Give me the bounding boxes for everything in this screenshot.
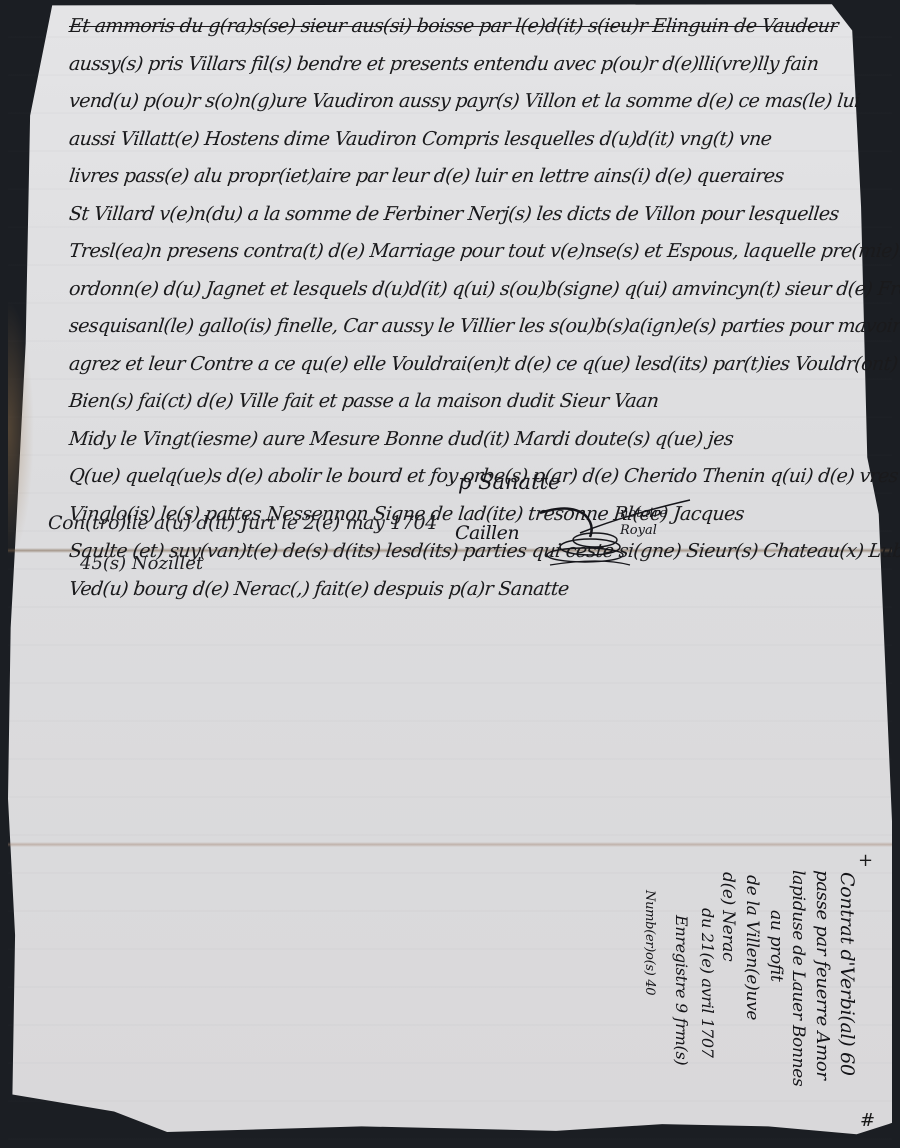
text-line: ordonn(e) d(u) Jagnet et lesquels d(u)d(… [53,271,887,309]
endorsement-docket: + # Contrat d'Verbi(al) 60 passe par feu… [590,850,890,1140]
text-line: aussi Villatt(e) Hostens dime Vaudiron C… [53,121,887,159]
docket-line: Numb(er)o(s) 40 [642,890,657,995]
party-signature: p Sanatte [458,470,560,494]
text-line: St Villard v(e)n(du) a la somme de Ferbi… [53,196,887,234]
notary-title-line: notaire [620,505,667,522]
text-line: agrez et leur Contre a ce qu(e) elle Vou… [53,346,887,384]
notary-title: notaire Royal [620,505,667,539]
docket-line: passe par feuerre Amor [812,870,833,1080]
text-line: Bien(s) fai(ct) d(e) Ville fait et passe… [53,383,887,421]
control-registration-note: Con(tro)lle a(u) d(it) Jurt le 2(e) may … [48,512,437,534]
text-line: Midy le Vingt(iesme) aure Mesure Bonne d… [53,421,887,459]
notary-signature: Caillen [455,522,519,544]
text-line: sesquisanl(le) gallo(is) finelle, Car au… [53,308,887,346]
notary-title-line: Royal [620,522,667,539]
text-line: Et ammoris du g(ra)s(se) sieur aus(si) b… [53,8,887,46]
text-line: Tresl(ea)n presens contra(t) d(e) Marria… [53,233,887,271]
docket-line: d(e) Nerac [718,872,738,961]
text-line: aussy(s) pris Villars fil(s) bendre et p… [53,46,887,84]
docket-line: du 21(e) avril 1707 [698,908,717,1058]
hash-mark-icon: # [860,1110,875,1131]
signature-block: p Sanatte Caillen notaire Royal [430,470,730,570]
control-fee-note: 45(s) Nozillet [80,553,203,574]
docket-line: au profit [766,910,786,982]
cross-mark-icon: + [858,850,873,871]
docket-line: de la Villen(e)uve [742,875,762,1020]
text-line: livres pass(e) alu propr(iet)aire par le… [53,158,887,196]
text-line: Ved(u) bourg d(e) Nerac(,) fait(e) despu… [53,571,887,609]
docket-line: Contrat d'Verbi(al) 60 [836,872,858,1076]
docket-line: Enregistre 9 frm(s) [672,915,691,1065]
docket-line: lapiduse de Lauer Bonnes [788,870,808,1086]
text-line: vend(u) p(ou)r s(o)n(g)ure Vaudiron auss… [53,83,887,121]
